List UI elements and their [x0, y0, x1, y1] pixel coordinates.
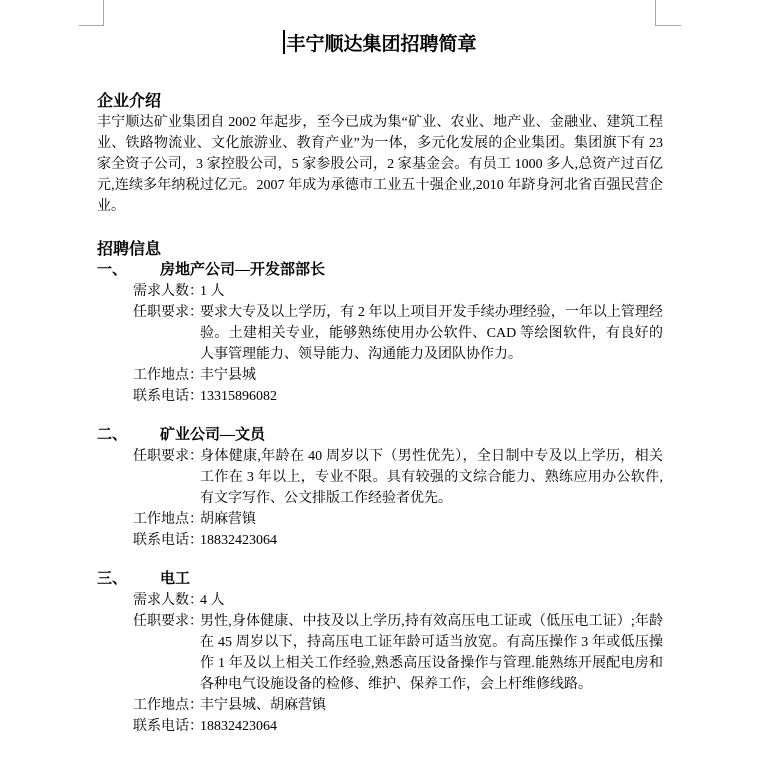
job-3-heading: 三、电工 — [97, 569, 663, 590]
job-1-requirements-value: 要求大专及以上学历，有 2 年以上项目开发手续办理经验，一年以上管理经验。土建相… — [200, 305, 663, 362]
job-1-headcount-label: 需求人数： — [133, 281, 203, 302]
job-1-headcount-row: 需求人数：1 人 — [97, 281, 663, 302]
job-2-location-row: 工作地点：胡麻营镇 — [97, 509, 663, 530]
job-3-number: 三、 — [97, 569, 160, 590]
job-1-heading: 一、房地产公司—开发部部长 — [97, 260, 663, 281]
job-3-requirements-value: 男性,身体健康、中技及以上学历,持有效高压电工证或（低压电工证）;年龄在 45 … — [200, 614, 663, 692]
job-2-requirements-value: 身体健康,年龄在 40 周岁以下（男性优先），全日制中专及以上学历，相关工作在 … — [200, 449, 663, 506]
job-1-phone-row: 联系电话：13315896082 — [97, 386, 663, 407]
job-2-title: 矿业公司—文员 — [160, 427, 265, 443]
company-intro-paragraph: 丰宁顺达矿业集团自 2002 年起步，至今已成为集“矿业、农业、地产业、金融业、… — [97, 112, 663, 217]
job-2-location-value: 胡麻营镇 — [200, 512, 256, 527]
job-1-requirements-row: 任职要求：要求大专及以上学历，有 2 年以上项目开发手续办理经验，一年以上管理经… — [97, 302, 663, 365]
job-3-headcount-value: 4 人 — [200, 593, 225, 608]
job-3-requirements-label: 任职要求： — [133, 611, 203, 632]
job-3-location-label: 工作地点： — [133, 695, 203, 716]
job-1-title: 房地产公司—开发部部长 — [160, 262, 325, 278]
job-1-location-label: 工作地点： — [133, 365, 203, 386]
job-2-location-label: 工作地点： — [133, 509, 203, 530]
document-title: 丰宁顺达集团招聘简章 — [97, 30, 663, 59]
job-3-requirements-row: 任职要求：男性,身体健康、中技及以上学历,持有效高压电工证或（低压电工证）;年龄… — [97, 611, 663, 695]
job-3-headcount-label: 需求人数： — [133, 590, 203, 611]
job-1-requirements-label: 任职要求： — [133, 302, 203, 323]
job-2-requirements-row: 任职要求：身体健康,年龄在 40 周岁以下（男性优先），全日制中专及以上学历，相… — [97, 446, 663, 509]
job-3-phone-label: 联系电话： — [133, 716, 203, 737]
job-2-phone-row: 联系电话：18832423064 — [97, 530, 663, 551]
job-2-heading: 二、矿业公司—文员 — [97, 425, 663, 446]
job-2-number: 二、 — [97, 425, 160, 446]
job-3-title: 电工 — [160, 571, 190, 587]
job-1-location-row: 工作地点：丰宁县城 — [97, 365, 663, 386]
heading-company-intro: 企业介绍 — [97, 91, 663, 112]
job-2-phone-value: 18832423064 — [200, 533, 277, 548]
job-1-location-value: 丰宁县城 — [200, 368, 256, 383]
document-content[interactable]: 丰宁顺达集团招聘简章 企业介绍 丰宁顺达矿业集团自 2002 年起步，至今已成为… — [97, 0, 663, 737]
job-section-1: 一、房地产公司—开发部部长 需求人数：1 人 任职要求：要求大专及以上学历，有 … — [97, 260, 663, 407]
job-1-number: 一、 — [97, 260, 160, 281]
document-title-text: 丰宁顺达集团招聘简章 — [286, 34, 476, 55]
job-2-requirements-label: 任职要求： — [133, 446, 203, 467]
job-1-phone-label: 联系电话： — [133, 386, 203, 407]
job-1-phone-value: 13315896082 — [200, 389, 277, 404]
job-3-location-value: 丰宁县城、胡麻营镇 — [200, 698, 326, 713]
job-1-headcount-value: 1 人 — [200, 284, 225, 299]
job-section-2: 二、矿业公司—文员 任职要求：身体健康,年龄在 40 周岁以下（男性优先），全日… — [97, 425, 663, 551]
job-2-phone-label: 联系电话： — [133, 530, 203, 551]
job-3-phone-row: 联系电话：18832423064 — [97, 716, 663, 737]
job-3-headcount-row: 需求人数：4 人 — [97, 590, 663, 611]
job-section-3: 三、电工 需求人数：4 人 任职要求：男性,身体健康、中技及以上学历,持有效高压… — [97, 569, 663, 737]
job-3-location-row: 工作地点：丰宁县城、胡麻营镇 — [97, 695, 663, 716]
heading-recruit-info: 招聘信息 — [97, 239, 663, 260]
job-3-phone-value: 18832423064 — [200, 719, 277, 734]
